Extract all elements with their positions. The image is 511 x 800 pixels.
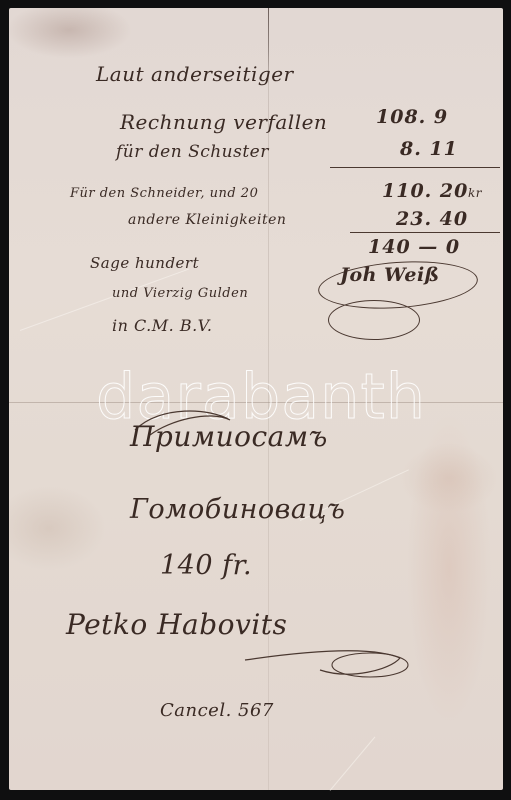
total-rule — [350, 232, 500, 233]
text-line-4: Für den Schneider, und 20 — [70, 186, 258, 201]
signature-habovits: Petko Habovits — [66, 608, 287, 641]
text-line-7: und Vierzig Gulden — [112, 286, 248, 301]
signature-underline-flourish — [240, 640, 410, 700]
text-place: Гомобиновацъ — [130, 494, 345, 525]
text-line-5: andere Kleinigkeiten — [128, 212, 286, 228]
text-line-2: Rechnung verfallen — [120, 110, 327, 134]
text-line-8: in C.M. B.V. — [112, 316, 213, 335]
text-note: Cancel. 567 — [160, 700, 274, 721]
text-line-1: Laut anderseitiger — [96, 62, 294, 86]
text-amount-received: 140 fr. — [160, 550, 252, 581]
sum-rule — [330, 167, 500, 168]
amount-total: 140 — 0 — [368, 236, 460, 258]
amount-rechnung: 108. 9 — [376, 106, 448, 128]
text-received: Примиосамъ — [130, 420, 328, 453]
amount-schneider: 110. 20 — [382, 180, 468, 202]
text-line-6: Sage hundert — [90, 254, 199, 272]
amount-suffix: kr — [468, 186, 482, 200]
signature-weiss: Joh Weiß — [340, 264, 440, 286]
signature-flourish — [328, 300, 420, 340]
amount-schuster: 8. 11 — [400, 138, 458, 160]
amount-kleinigkeiten: 23. 40 — [396, 208, 468, 230]
text-line-3: für den Schuster — [116, 142, 269, 162]
